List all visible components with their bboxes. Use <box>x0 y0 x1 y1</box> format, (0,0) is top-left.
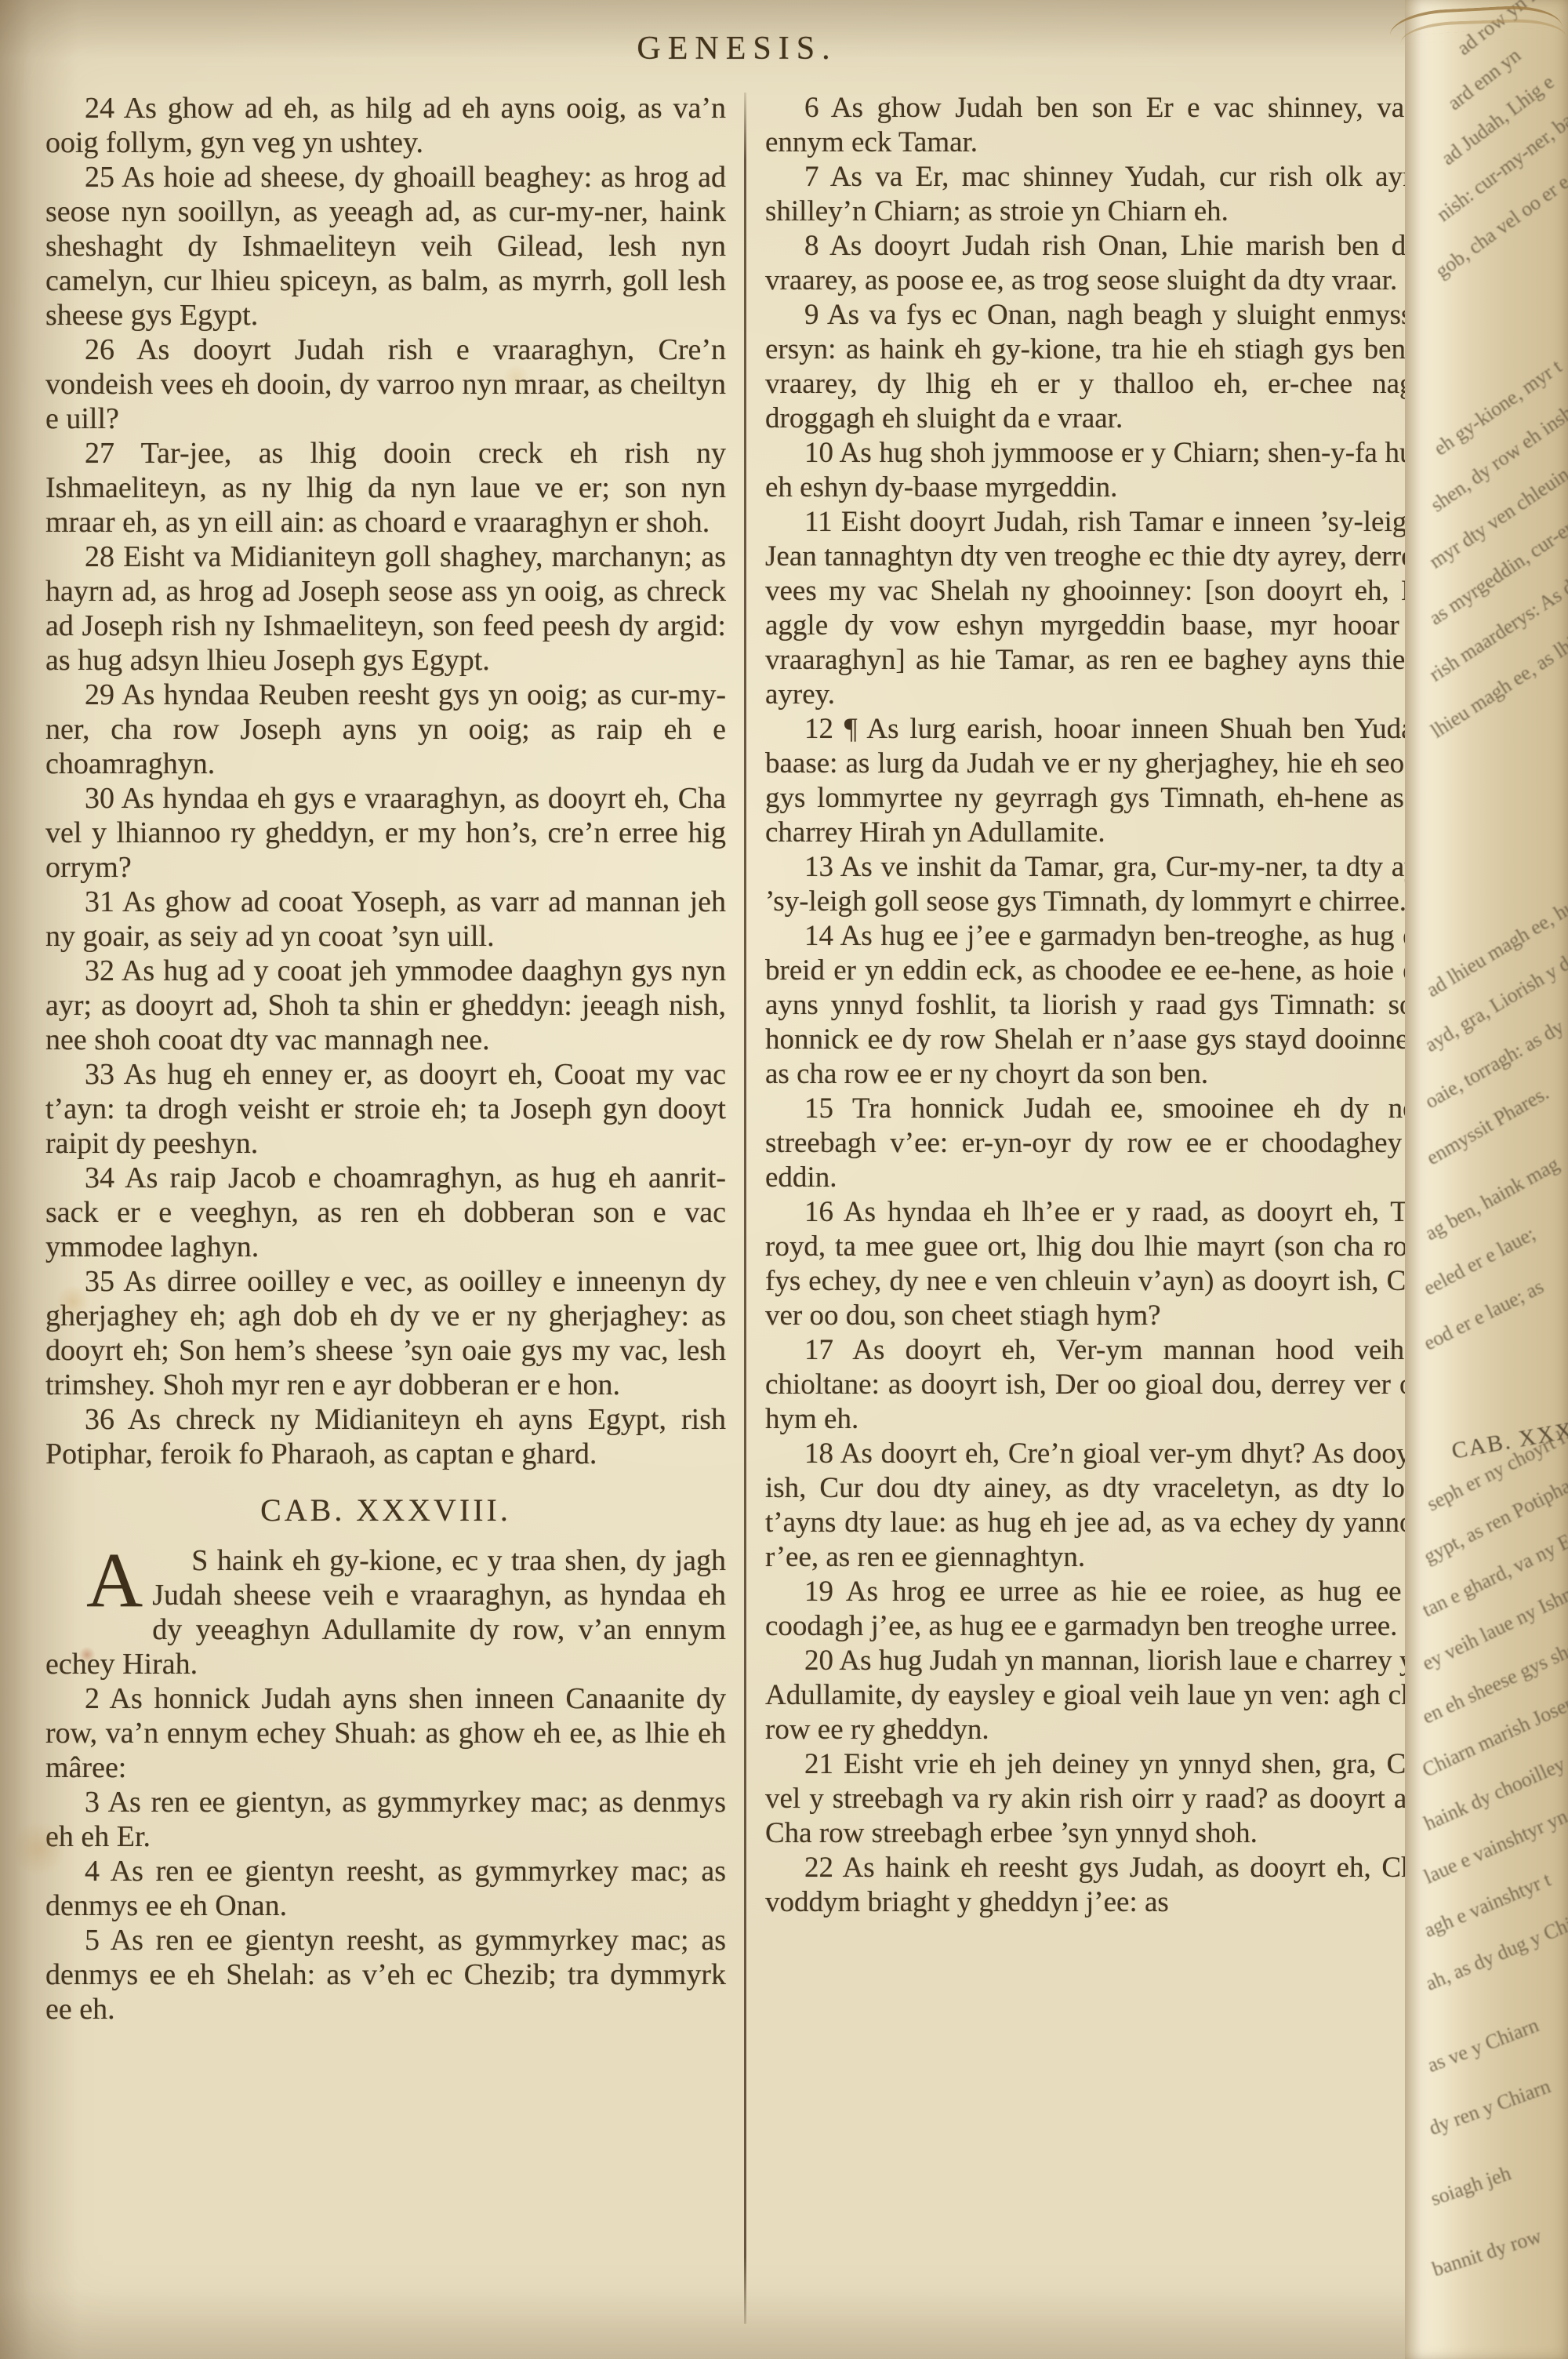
edge-fragment: bannit dy row <box>1429 2224 1544 2281</box>
verse-paragraph: 4 As ren ee gientyn reesht, as gymmyrkey… <box>45 1854 726 1923</box>
chapter-heading: CAB. XXXVIII. <box>45 1493 726 1528</box>
verse-paragraph: 14 As hug ee j’ee e garmadyn ben-treoghe… <box>765 919 1428 1092</box>
verse-paragraph: 24 As ghow ad eh, as hilg ad eh ayns ooi… <box>45 91 726 160</box>
verse-paragraph: 26 As dooyrt Judah rish e vraaraghyn, Cr… <box>45 333 726 436</box>
verse-paragraph: 6 As ghow Judah ben son Er e vac shinney… <box>765 91 1428 160</box>
verse-paragraph: 32 As hug ad y cooat jeh ymmodee daaghyn… <box>45 954 726 1057</box>
edge-fragment: dy ren y Chiarn <box>1426 2074 1554 2140</box>
verse-paragraph: 25 As hoie ad sheese, dy ghoaill beaghey… <box>45 160 726 333</box>
verse-paragraph: 7 As va Er, mac shinney Yudah, cur rish … <box>765 160 1428 229</box>
verse-paragraph: 27 Tar-jee, as lhig dooin creck eh rish … <box>45 436 726 540</box>
verse-paragraph: 36 As chreck ny Midianiteyn eh ayns Egyp… <box>45 1402 726 1471</box>
verse-paragraph: 28 Eisht va Midianiteyn goll shaghey, ma… <box>45 540 726 678</box>
verse-paragraph: 3 As ren ee gientyn, as gymmyrkey mac; a… <box>45 1785 726 1854</box>
page-title: GENESIS. <box>43 30 1431 67</box>
drop-cap: A <box>45 1543 152 1614</box>
verse-paragraph: 5 As ren ee gientyn reesht, as gymmyrkey… <box>45 1923 726 2026</box>
verse-paragraph: 21 Eisht vrie eh jeh deiney yn ynnyd she… <box>765 1747 1428 1851</box>
verse-paragraph: 17 As dooyrt eh, Ver-ym mannan hood veih… <box>765 1333 1428 1437</box>
verse-paragraph: 2 As honnick Judah ayns shen inneen Cana… <box>45 1681 726 1785</box>
verse-paragraph: 15 Tra honnick Judah ee, smooinee eh dy … <box>765 1092 1428 1195</box>
verse-paragraph: 30 As hyndaa eh gys e vraaraghyn, as doo… <box>45 781 726 885</box>
verse-paragraph: 29 As hyndaa Reuben reesht gys yn ooig; … <box>45 678 726 781</box>
left-column: 24 As ghow ad eh, as hilg ad eh ayns ooi… <box>45 91 726 2026</box>
verse-paragraph: 22 As haink eh reesht gys Judah, as dooy… <box>765 1851 1428 1920</box>
verse-paragraph: 11 Eisht dooyrt Judah, rish Tamar e inne… <box>765 505 1428 712</box>
scanned-book-page: { "page": { "header": "GENESIS.", "chapt… <box>0 0 1568 2359</box>
verse-paragraph: 18 As dooyrt eh, Cre’n gioal ver-ym dhyt… <box>765 1437 1428 1575</box>
verse-paragraph: 34 As raip Jacob e choamraghyn, as hug e… <box>45 1161 726 1264</box>
verse-paragraph: 20 As hug Judah yn mannan, liorish laue … <box>765 1644 1428 1747</box>
facing-page-edge: ad row yn ree ard enn yn ad Judah, Lhig … <box>1405 0 1568 2359</box>
verse-paragraph: 35 As dirree ooilley e vec, as ooilley e… <box>45 1264 726 1402</box>
verse-paragraph: 8 As dooyrt Judah rish Onan, Lhie marish… <box>765 229 1428 298</box>
verse-paragraph: 19 As hrog ee urree as hie ee roiee, as … <box>765 1575 1428 1644</box>
edge-fragment: as ve y Chiarn <box>1425 2013 1542 2077</box>
edge-fragment: ag ben, haink mag <box>1421 1152 1563 1245</box>
verse-paragraph: 10 As hug shoh jymmoose er y Chiarn; she… <box>765 436 1428 505</box>
verse-paragraph: 9 As va fys ec Onan, nagh beagh y sluigh… <box>765 298 1428 436</box>
verse-paragraph: 16 As hyndaa eh lh’ee er y raad, as dooy… <box>765 1195 1428 1333</box>
verse-paragraph: AS haink eh gy-kione, ec y traa shen, dy… <box>45 1543 726 1681</box>
edge-fragment: gob, cha vel oo er e <box>1431 170 1568 283</box>
edge-fragment: soiagh jeh <box>1428 2161 1514 2211</box>
verse-paragraph: 12 ¶ As lurg earish, hooar inneen Shuah … <box>765 712 1428 850</box>
column-divider <box>744 93 746 2324</box>
edge-fragment: eh gy-kione, myr t <box>1429 355 1566 461</box>
right-column: 6 As ghow Judah ben son Er e vac shinney… <box>765 91 1428 1920</box>
verse-paragraph: 33 As hug eh enney er, as dooyrt eh, Coo… <box>45 1057 726 1161</box>
verse-paragraph: 31 As ghow ad cooat Yoseph, as varr ad m… <box>45 885 726 954</box>
verse-paragraph: 13 As ve inshit da Tamar, gra, Cur-my-ne… <box>765 850 1428 919</box>
edge-fragment: lhieu magh ee, as lhi <box>1427 632 1568 743</box>
